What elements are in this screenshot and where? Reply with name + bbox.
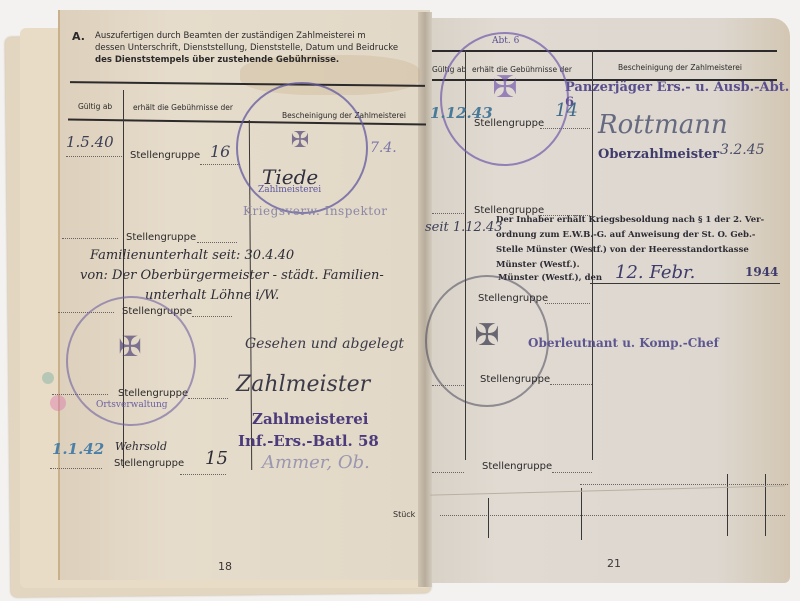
- row4-label: Stellengruppe: [114, 458, 184, 469]
- dotted-line: [432, 472, 464, 473]
- instructions-text: Auszufertigen durch Beamten der zuständi…: [95, 30, 425, 66]
- eagle-emblem-icon: ✠: [100, 330, 160, 363]
- row5-label-right: Stellengruppe: [482, 461, 552, 472]
- eagle-emblem-icon: ✠: [475, 70, 535, 105]
- stamp-unit-inf-ers-batl: Inf.-Ers.-Batl. 58: [238, 432, 379, 450]
- page-number-left: 18: [218, 560, 232, 573]
- dotted-line: [50, 468, 102, 469]
- dotted-line: [62, 238, 118, 239]
- note-line: Familienunterhalt seit: 30.4.40: [90, 246, 384, 266]
- faded-signature: Ammer, Ob.: [262, 452, 370, 473]
- page-number-right: 21: [607, 557, 621, 570]
- dotted-line: [552, 472, 592, 473]
- dotted-line: [545, 303, 590, 304]
- green-ink-smudge: [42, 372, 54, 384]
- round-stamp-text: Abt. 6: [492, 36, 519, 46]
- row1-date: 1.5.40: [66, 133, 114, 151]
- round-stamp-text: Ortsverwaltung: [96, 400, 168, 410]
- dotted-line: [580, 484, 788, 485]
- row4-value: 15: [205, 448, 228, 469]
- instructions-line: Auszufertigen durch Beamten der zuständi…: [95, 30, 425, 42]
- row3-label-right: Stellengruppe: [478, 293, 548, 304]
- dotted-line: [200, 164, 240, 165]
- paragraph-line: Stelle Münster (Westf.) von der Heeresst…: [496, 243, 764, 258]
- row1-label-right: Stellengruppe: [474, 118, 544, 129]
- dotted-line: [432, 385, 464, 386]
- section-letter: A.: [72, 30, 85, 43]
- dotted-line: [550, 384, 592, 385]
- oberzahlmeister-signature: Rottmann: [598, 110, 728, 140]
- dotted-line: [540, 128, 590, 129]
- place-date-year: 1944: [745, 265, 778, 279]
- place-date-value: 12. Febr.: [615, 262, 695, 283]
- dotted-line: [197, 242, 237, 243]
- header-bescheinigung: Bescheinigung der Zahlmeisterei: [618, 63, 742, 72]
- row1-label: Stellengruppe: [130, 150, 200, 161]
- torn-corner-text: Stück: [393, 510, 415, 519]
- header-gebuehrnisse: erhält die Gebührnisse der: [133, 103, 233, 112]
- book-gutter: [418, 12, 432, 587]
- note-line: unterhalt Löhne i/W.: [145, 286, 384, 306]
- row1-cert-note: 7.4.: [370, 140, 397, 156]
- note-line: von: Der Oberbürgermeister - städt. Fami…: [80, 266, 384, 286]
- dotted-line: [180, 474, 226, 475]
- column-divider: [488, 498, 489, 538]
- eagle-emblem-icon: ✠: [270, 128, 330, 153]
- paragraph-line: ordnung zum E.W.B.-G. auf Anweisung der …: [496, 228, 764, 243]
- header-gueltig-ab: Gültig ab: [78, 102, 112, 111]
- dotted-line: [66, 156, 122, 157]
- stamp-zahlmeisterei: Zahlmeisterei: [252, 410, 368, 428]
- date-underline: [590, 283, 780, 284]
- handwritten-seen-note: Gesehen und abgelegt: [245, 336, 404, 352]
- dotted-line: [192, 316, 232, 317]
- row4-label-right: Stellengruppe: [480, 374, 550, 385]
- handwritten-since-date: seit 1.12.43: [425, 220, 503, 235]
- pink-ink-smudge: [50, 395, 66, 411]
- row3b-label: Stellengruppe: [118, 388, 188, 399]
- instructions-line: des Dienststempels über zustehende Gebüh…: [95, 54, 425, 66]
- inspector-signature: Tiede: [262, 165, 318, 189]
- zahlmeister-signature: Zahlmeister: [236, 372, 370, 397]
- column-divider: [581, 488, 582, 540]
- instructions-line: dessen Unterschrift, Dienststellung, Die…: [95, 42, 425, 54]
- signature-date: 3.2.45: [720, 142, 765, 158]
- row2-label: Stellengruppe: [126, 232, 196, 243]
- eagle-emblem-icon: ✠: [452, 318, 522, 353]
- dotted-line: [440, 515, 785, 516]
- stamp-komp-chef: Oberleutnant u. Komp.-Chef: [528, 336, 719, 350]
- column-divider: [727, 474, 728, 536]
- stamp-kriegsverw-inspektor: Kriegsverw. Inspektor: [243, 204, 388, 218]
- row1-value-right: 14: [555, 100, 578, 121]
- row4-prefix: Wehrsold: [115, 440, 167, 453]
- column-divider: [765, 474, 766, 536]
- stamp-panzerjaeger-unit: Panzerjäger Ers.- u. Ausb.-Abt. 6: [565, 80, 800, 110]
- row1-value: 16: [210, 142, 230, 161]
- stamp-oberzahlmeister: Oberzahlmeister: [598, 147, 719, 162]
- dotted-line: [432, 213, 464, 214]
- dotted-line: [188, 398, 228, 399]
- paragraph-line: Der Inhaber erhält Kriegsbesoldung nach …: [496, 213, 764, 228]
- row4-date: 1.1.42: [52, 440, 104, 458]
